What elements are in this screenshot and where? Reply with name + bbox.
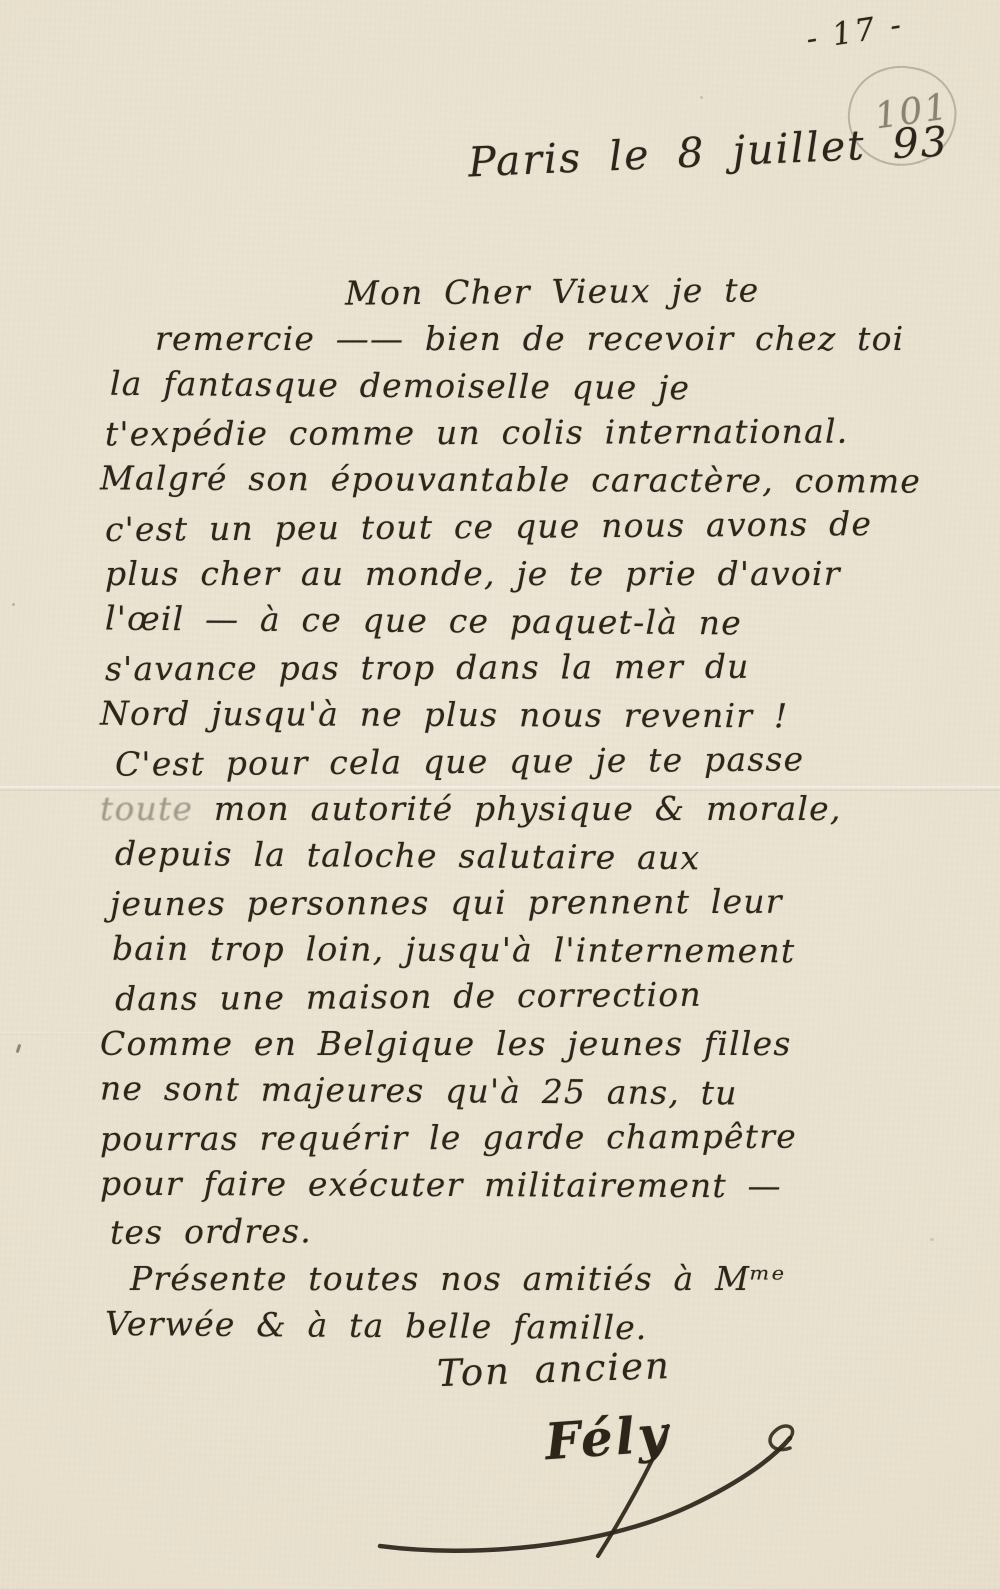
letter-line: c'est un peu tout ce que nous avons de <box>105 504 872 549</box>
letter-line: bain trop loin, jusqu'à l'internement <box>112 929 796 971</box>
letter-line: tes ordres. <box>110 1211 312 1252</box>
letter-line: toute mon autorité physique & morale, <box>100 789 842 828</box>
letter-line: plus cher au monde, je te prie d'avoir <box>105 554 841 593</box>
letter-line: Malgré son épouvantable caractère, comme <box>100 458 921 500</box>
letter-line: t'expédie comme un colis international. <box>105 412 849 454</box>
paper-speck <box>700 96 703 99</box>
paper-speck <box>12 603 15 606</box>
letter-line: dans une maison de correction <box>115 975 702 1019</box>
letter-line: Comme en Belgique les jeunes filles <box>100 1024 791 1063</box>
faded-word: toute <box>100 789 193 828</box>
letter-line: depuis la taloche salutaire aux <box>115 834 701 877</box>
letter-line: Verwée & à ta belle famille. <box>105 1304 648 1347</box>
letter-line: jeunes personnes qui prennent leur <box>110 882 783 924</box>
ink-page-number: - 17 - <box>804 7 907 58</box>
letter-line: Nord jusqu'à ne plus nous revenir ! <box>100 694 789 736</box>
letter-line: pour faire exécuter militairement — <box>100 1164 782 1206</box>
paper-speck <box>16 1044 22 1053</box>
date-line: Paris le 8 juillet 93 <box>467 118 950 187</box>
letter-line: l'œil — à ce que ce paquet-là ne <box>105 599 742 643</box>
letter-line: remercie —— bien de recevoir chez toi <box>155 319 904 358</box>
letter-line: la fantasque demoiselle que je <box>110 364 691 407</box>
letter-line: Mon Cher Vieux je te <box>345 270 760 312</box>
closing-line: Ton ancien <box>436 1344 671 1395</box>
letter-line: s'avance pas trop dans la mer du <box>105 647 750 688</box>
letter-line: C'est pour cela que que je te passe <box>115 739 805 783</box>
letter-body: Mon Cher Vieux je teremercie —— bien de … <box>100 272 980 1362</box>
letter-line: ne sont majeures qu'à 25 ans, tu <box>100 1069 738 1113</box>
letter-page: - 17 - 101 Paris le 8 juillet 93 Mon Che… <box>0 0 1000 1589</box>
signature-name: Fély <box>543 1404 671 1472</box>
paper-speck <box>930 1238 934 1241</box>
letter-line: pourras requérir le garde champêtre <box>100 1117 797 1159</box>
letter-line: Présente toutes nos amitiés à Mᵐᵉ <box>130 1259 786 1298</box>
